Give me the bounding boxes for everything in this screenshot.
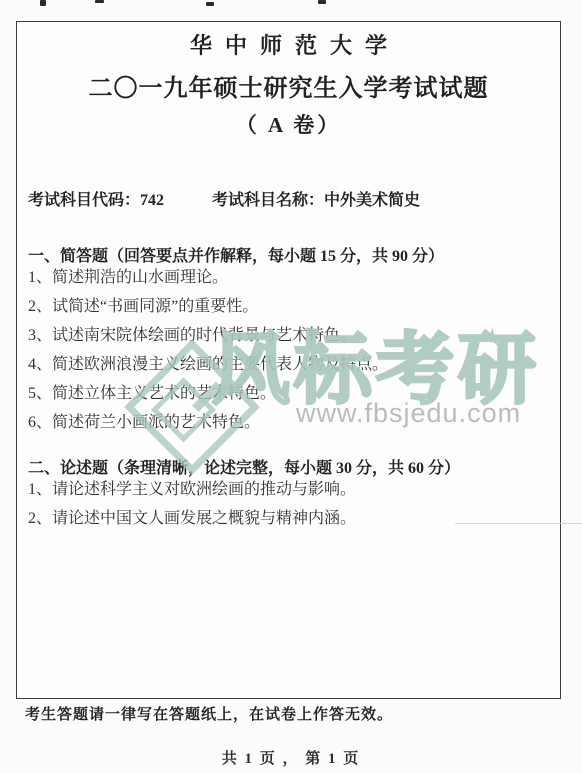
answer-sheet-notice: 考生答题请一律写在答题纸上，在试卷上作答无效。 (25, 703, 393, 724)
subject-row: 考试科目代码：742考试科目名称：中外美术简史 (28, 187, 548, 210)
subject-name-value: 中外美术简史 (324, 192, 420, 209)
exam-paper-page: 华中师范大学 二〇一九年硕士研究生入学考试试题 （ A 卷） 考试科目代码：74… (0, 0, 582, 773)
scan-speck (318, 0, 326, 4)
paper-version: （ A 卷） (17, 109, 560, 139)
page-number: 共 1 页 ， 第 1 页 (0, 747, 582, 768)
question-item: 5、简述立体主义艺术的艺术特色。 (28, 379, 548, 408)
question-item: 2、试简述“书画同源”的重要性。 (28, 292, 548, 321)
question-item: 2、请论述中国文人画发展之概貌与精神内涵。 (28, 504, 548, 533)
subject-code-value: 742 (140, 192, 164, 209)
section2-questions: 1、请论述科学主义对欧洲绘画的推动与影响。 2、请论述中国文人画发展之概貌与精神… (28, 475, 548, 533)
question-item: 6、简述荷兰小画派的艺术特色。 (28, 408, 548, 437)
paper-border-frame: 华中师范大学 二〇一九年硕士研究生入学考试试题 （ A 卷） 考试科目代码：74… (16, 21, 561, 699)
subject-name-label: 考试科目名称： (212, 192, 324, 209)
scan-artifact-line (455, 523, 582, 524)
scan-speck (40, 0, 46, 6)
scan-speck (95, 0, 104, 3)
question-item: 4、简述欧洲浪漫主义绘画的主要代表人物及特点。 (28, 350, 548, 379)
question-item: 1、简述荆浩的山水画理论。 (28, 263, 548, 292)
subject-code-label: 考试科目代码： (28, 192, 140, 209)
section1-questions: 1、简述荆浩的山水画理论。 2、试简述“书画同源”的重要性。 3、试述南宋院体绘… (28, 263, 548, 437)
question-item: 3、试述南宋院体绘画的时代背景与艺术特色。 (28, 321, 548, 350)
scan-speck (206, 2, 214, 6)
exam-title: 二〇一九年硕士研究生入学考试试题 (17, 68, 560, 103)
question-item: 1、请论述科学主义对欧洲绘画的推动与影响。 (28, 475, 548, 504)
university-name: 华中师范大学 (17, 29, 560, 60)
